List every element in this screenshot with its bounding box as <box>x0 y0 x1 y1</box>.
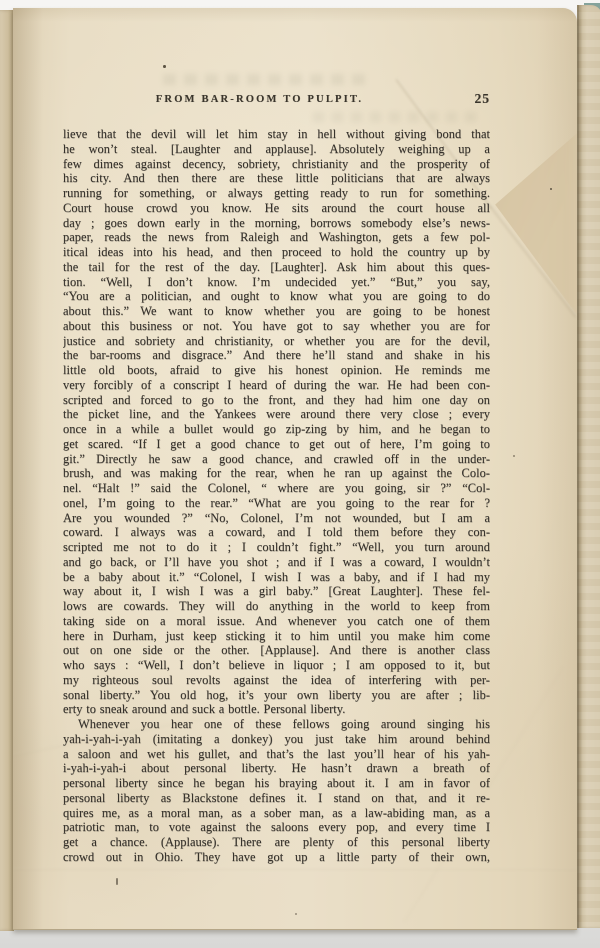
text-line: be a baby about it.” “Colonel, I wish I … <box>63 570 490 585</box>
text-line: git.” Directly he saw a good chance, and… <box>63 452 490 467</box>
running-title: FROM BAR-ROOM TO PULPIT. <box>46 94 473 105</box>
text-line: lieve that the devil will let him stay i… <box>63 127 490 142</box>
binding-left-edge <box>0 10 14 931</box>
text-line: lows are cowards. They will do anything … <box>63 599 490 614</box>
text-line: few dimes against decency, sobriety, chr… <box>63 157 490 172</box>
text-line: little old boots, afraid to give his hon… <box>63 363 490 378</box>
scanned-book-page: FROM BAR-ROOM TO PULPIT. 25 lieve that t… <box>0 0 600 948</box>
text-line: get scared. “If I get a good chance to g… <box>63 437 490 452</box>
paper-speck <box>163 65 166 68</box>
text-line: sonal liberty.” You old hog, it’s your o… <box>63 688 490 703</box>
text-line: paper, reads the news from Raleigh and W… <box>63 230 490 245</box>
text-line: erty to sneak around and suck a bottle. … <box>63 702 490 717</box>
page-header: FROM BAR-ROOM TO PULPIT. 25 <box>63 94 490 112</box>
text-line: scripted and forced to go to the front, … <box>63 393 490 408</box>
text-line: a saloon and wet his gullet, and that’s … <box>63 747 490 762</box>
text-line: Are you wounded ?” “No, Colonel, I’m not… <box>63 511 490 526</box>
text-line: once in a while a bullet would go zip-zi… <box>63 422 490 437</box>
text-line: Court house crowd you know. He sits arou… <box>63 201 490 216</box>
text-line: quires me, as a moral man, as a sober ma… <box>63 806 490 821</box>
paper-speck <box>550 188 552 190</box>
text-line: about this.” We want to know whether you… <box>63 304 490 319</box>
paper-speck <box>116 878 118 885</box>
text-line: justice and sobriety and christianity, o… <box>63 334 490 349</box>
text-line: itical ideas into his head, and then pro… <box>63 245 490 260</box>
page-body: lieve that the devil will let him stay i… <box>63 127 490 865</box>
paper-speck <box>513 455 515 457</box>
text-line: personal liberty as Blackstone defines i… <box>63 791 490 806</box>
text-line: day ; goes down early in the morning, bo… <box>63 216 490 231</box>
text-line: about this business or not. You have got… <box>63 319 490 334</box>
page-number: 25 <box>475 91 491 107</box>
text-line: patriotic man, to vote against the saloo… <box>63 820 490 835</box>
paper-speck <box>295 913 297 915</box>
text-line: his city. And then there are these littl… <box>63 171 490 186</box>
text-line: coward. I always was a coward, and I tol… <box>63 525 490 540</box>
text-line: get a chance. (Applause). There are plen… <box>63 835 490 850</box>
text-line: out on one side or the other. [Applause]… <box>63 643 490 658</box>
text-line: “You are a politician, and ought to know… <box>63 289 490 304</box>
text-line: yah-i-yah-i-yah (imitating a donkey) you… <box>63 732 490 747</box>
text-line: who says : “Well, I don’t believe in liq… <box>63 658 490 673</box>
text-line: way about it, I wish I was a girl baby.”… <box>63 584 490 599</box>
text-line: nel. “Halt !” said the Colonel, “ where … <box>63 481 490 496</box>
text-line: Whenever you hear one of these fellows g… <box>63 717 490 732</box>
ink-bleedthrough-smudge <box>163 74 373 85</box>
book-page: FROM BAR-ROOM TO PULPIT. 25 lieve that t… <box>13 8 577 930</box>
text-line: i-yah-i-yah-i about personal liberty. He… <box>63 761 490 776</box>
text-line: the picket line, and the Yankees were ar… <box>63 407 490 422</box>
text-line: tion. “Well, I don’t know. I’m undecided… <box>63 275 490 290</box>
text-line: personal liberty since he began his bray… <box>63 776 490 791</box>
text-line: he won’t steal. [Laughter and applause].… <box>63 142 490 157</box>
text-line: here in Durham, just keep sticking it to… <box>63 629 490 644</box>
text-line: my righteous soul revolts against the id… <box>63 673 490 688</box>
text-line: and go back, or I’ll have you shot ; and… <box>63 555 490 570</box>
text-line: the tail for the rest of the day. [Laugh… <box>63 260 490 275</box>
text-line: running for something, or always getting… <box>63 186 490 201</box>
text-line: crowd out in Ohio. They have got up a li… <box>63 850 490 865</box>
paper-crease-line <box>13 868 577 870</box>
text-line: very forcibly of a conscript I heard of … <box>63 378 490 393</box>
text-line: brush, and was making for the rear, when… <box>63 466 490 481</box>
text-line: scripted me not to do it ; I couldn’t fi… <box>63 540 490 555</box>
text-line: the bar-rooms and disgrace.” And there h… <box>63 348 490 363</box>
text-line: taking side on a moral issue. And whenev… <box>63 614 490 629</box>
page-stack-right-edge <box>577 5 600 928</box>
text-line: onel, I’m going to the rear.” “What are … <box>63 496 490 511</box>
page-content: FROM BAR-ROOM TO PULPIT. 25 lieve that t… <box>63 94 490 865</box>
